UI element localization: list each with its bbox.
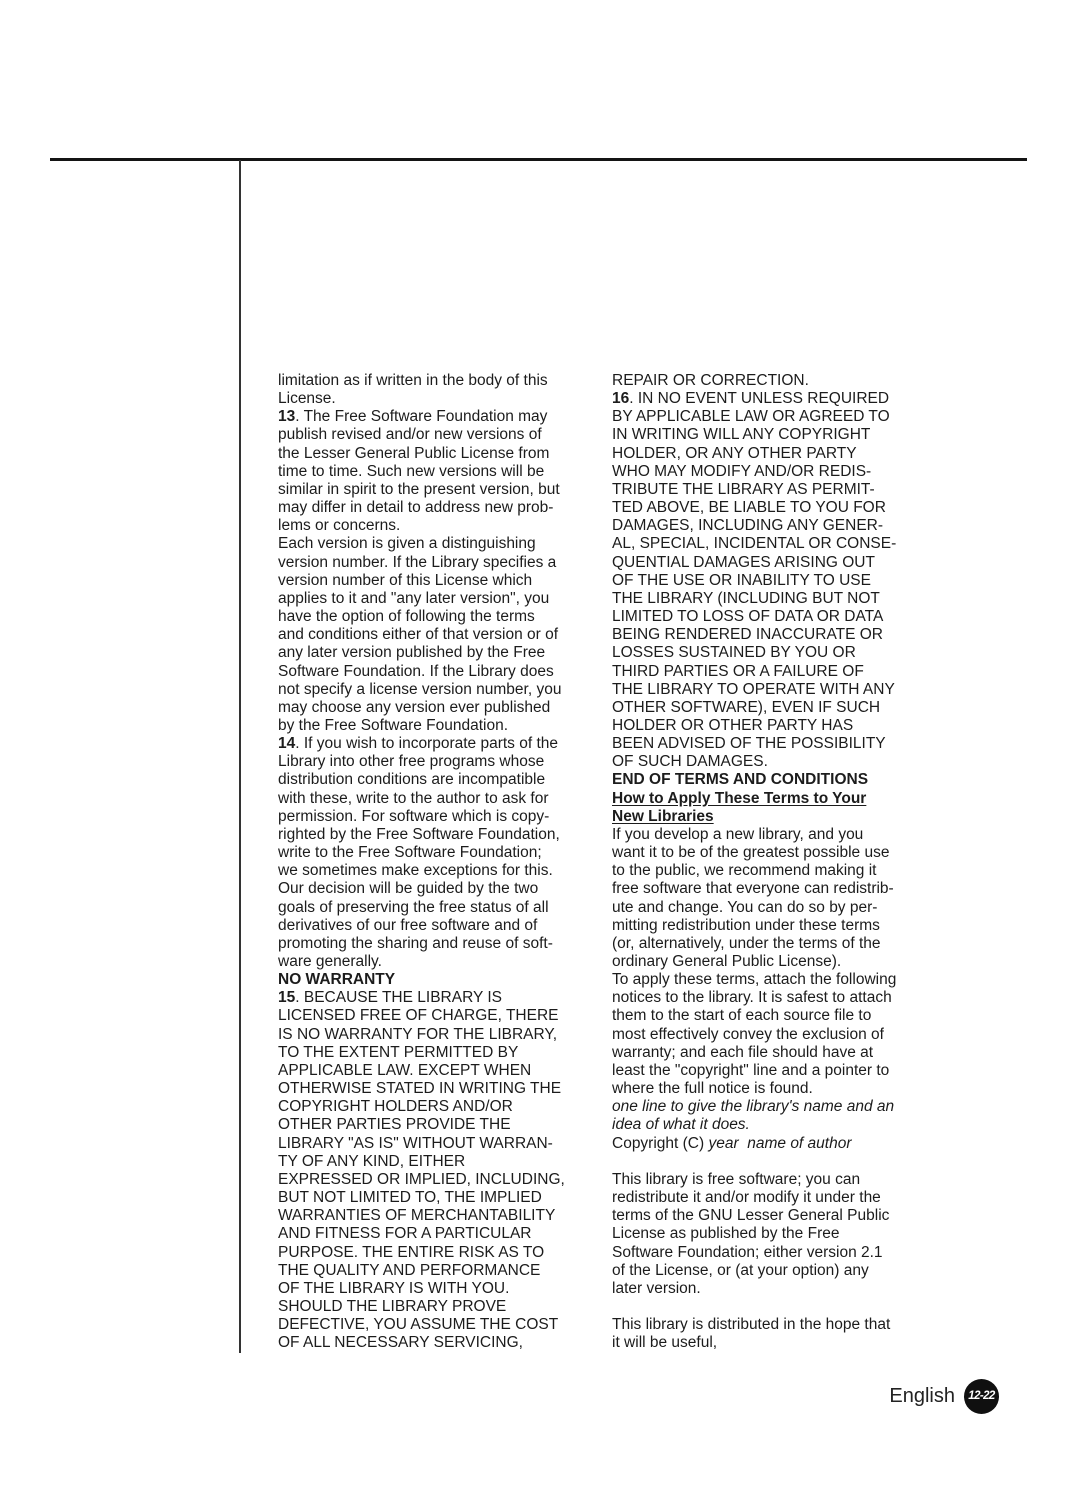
text-line: END OF TERMS AND CONDITIONS xyxy=(612,771,957,789)
text-line: ordinary General Public License). xyxy=(612,953,957,971)
text-line: righted by the Free Software Foundation, xyxy=(278,826,600,844)
text-line: publish revised and/or new versions of xyxy=(278,426,600,444)
text-line: Software Foundation. If the Library does xyxy=(278,663,600,681)
text-line: DEFECTIVE, YOU ASSUME THE COST xyxy=(278,1316,600,1334)
text-line: EXPRESSED OR IMPLIED, INCLUDING, xyxy=(278,1171,600,1189)
text-line: AND FITNESS FOR A PARTICULAR xyxy=(278,1225,600,1243)
text-line: ute and change. You can do so by per- xyxy=(612,899,957,917)
text-line: time to time. Such new versions will be xyxy=(278,463,600,481)
text-line: ware generally. xyxy=(278,953,600,971)
text-line: by the Free Software Foundation. xyxy=(278,717,600,735)
text-line: REPAIR OR CORRECTION. xyxy=(612,372,957,390)
top-horizontal-rule xyxy=(50,158,1027,161)
text-line: one line to give the library's name and … xyxy=(612,1098,957,1116)
text-line: goals of preserving the free status of a… xyxy=(278,899,600,917)
text-line: BUT NOT LIMITED TO, THE IMPLIED xyxy=(278,1189,600,1207)
text-line: promoting the sharing and reuse of soft- xyxy=(278,935,600,953)
text-line: License. xyxy=(278,390,600,408)
text-line: OF ALL NECESSARY SERVICING, xyxy=(278,1334,600,1352)
text-line: BEING RENDERED INACCURATE OR xyxy=(612,626,957,644)
text-line: HOLDER OR OTHER PARTY HAS xyxy=(612,717,957,735)
text-line: later version. xyxy=(612,1280,957,1298)
text-line: WHO MAY MODIFY AND/OR REDIS- xyxy=(612,463,957,481)
text-line: 15. BECAUSE THE LIBRARY IS xyxy=(278,989,600,1007)
text-line: OTHER SOFTWARE), EVEN IF SUCH xyxy=(612,699,957,717)
text-line: any later version published by the Free xyxy=(278,644,600,662)
text-line: similar in spirit to the present version… xyxy=(278,481,600,499)
text-line: redistribute it and/or modify it under t… xyxy=(612,1189,957,1207)
text-line: HOLDER, OR ANY OTHER PARTY xyxy=(612,445,957,463)
text-line: TO THE EXTENT PERMITTED BY xyxy=(278,1044,600,1062)
text-line: TRIBUTE THE LIBRARY AS PERMIT- xyxy=(612,481,957,499)
text-line: IS NO WARRANTY FOR THE LIBRARY, xyxy=(278,1026,600,1044)
text-line: warranty; and each file should have at xyxy=(612,1044,957,1062)
text-line: OF THE USE OR INABILITY TO USE xyxy=(612,572,957,590)
text-line: BY APPLICABLE LAW OR AGREED TO xyxy=(612,408,957,426)
text-line: LICENSED FREE OF CHARGE, THERE xyxy=(278,1007,600,1025)
text-line: THE QUALITY AND PERFORMANCE xyxy=(278,1262,600,1280)
text-line: LIBRARY "AS IS" WITHOUT WARRAN- xyxy=(278,1135,600,1153)
text-line: the Lesser General Public License from xyxy=(278,445,600,463)
text-line: How to Apply These Terms to Your xyxy=(612,790,957,808)
text-line: not specify a license version number, yo… xyxy=(278,681,600,699)
text-line: THIRD PARTIES OR A FAILURE OF xyxy=(612,663,957,681)
text-line: distribution conditions are incompatible xyxy=(278,771,600,789)
text-line: version number. If the Library specifies… xyxy=(278,554,600,572)
text-line: them to the start of each source file to xyxy=(612,1007,957,1025)
text-line: WARRANTIES OF MERCHANTABILITY xyxy=(278,1207,600,1225)
text-line: To apply these terms, attach the followi… xyxy=(612,971,957,989)
text-line: TED ABOVE, BE LIABLE TO YOU FOR xyxy=(612,499,957,517)
text-line: LOSSES SUSTAINED BY YOU OR xyxy=(612,644,957,662)
text-line: DAMAGES, INCLUDING ANY GENER- xyxy=(612,517,957,535)
text-line: mitting redistribution under these terms xyxy=(612,917,957,935)
text-line: and conditions either of that version or… xyxy=(278,626,600,644)
text-line: with these, write to the author to ask f… xyxy=(278,790,600,808)
text-line: want it to be of the greatest possible u… xyxy=(612,844,957,862)
text-line: Library into other free programs whose xyxy=(278,753,600,771)
text-line: permission. For software which is copy- xyxy=(278,808,600,826)
text-line: If you develop a new library, and you xyxy=(612,826,957,844)
text-line: QUENTIAL DAMAGES ARISING OUT xyxy=(612,554,957,572)
text-line: of the License, or (at your option) any xyxy=(612,1262,957,1280)
text-line: 16. IN NO EVENT UNLESS REQUIRED xyxy=(612,390,957,408)
text-line: lems or concerns. xyxy=(278,517,600,535)
text-line: notices to the library. It is safest to … xyxy=(612,989,957,1007)
text-line: APPLICABLE LAW. EXCEPT WHEN xyxy=(278,1062,600,1080)
text-line: LIMITED TO LOSS OF DATA OR DATA xyxy=(612,608,957,626)
text-line: TY OF ANY KIND, EITHER xyxy=(278,1153,600,1171)
text-line: THE LIBRARY (INCLUDING BUT NOT xyxy=(612,590,957,608)
text-line: License as published by the Free xyxy=(612,1225,957,1243)
page-number-badge: 12-22 xyxy=(964,1379,999,1414)
text-line: most effectively convey the exclusion of xyxy=(612,1026,957,1044)
text-line: OF THE LIBRARY IS WITH YOU. xyxy=(278,1280,600,1298)
text-line: to the public, we recommend making it xyxy=(612,862,957,880)
text-line: terms of the GNU Lesser General Public xyxy=(612,1207,957,1225)
text-line: version number of this License which xyxy=(278,572,600,590)
text-line: free software that everyone can redistri… xyxy=(612,880,957,898)
text-line: where the full notice is found. xyxy=(612,1080,957,1098)
text-line: idea of what it does. xyxy=(612,1116,957,1134)
text-line: IN WRITING WILL ANY COPYRIGHT xyxy=(612,426,957,444)
text-line xyxy=(612,1153,957,1171)
text-line: NO WARRANTY xyxy=(278,971,600,989)
page-footer: English 12-22 xyxy=(889,1378,999,1414)
text-line: may differ in detail to address new prob… xyxy=(278,499,600,517)
text-line: AL, SPECIAL, INCIDENTAL OR CONSE- xyxy=(612,535,957,553)
text-line: OTHER PARTIES PROVIDE THE xyxy=(278,1116,600,1134)
text-line: it will be useful, xyxy=(612,1334,957,1352)
text-line: have the option of following the terms xyxy=(278,608,600,626)
language-label: English xyxy=(889,1385,955,1408)
text-line: PURPOSE. THE ENTIRE RISK AS TO xyxy=(278,1244,600,1262)
text-line: 13. The Free Software Foundation may xyxy=(278,408,600,426)
text-line: derivatives of our free software and of xyxy=(278,917,600,935)
text-line: This library is free software; you can xyxy=(612,1171,957,1189)
text-line: least the "copyright" line and a pointer… xyxy=(612,1062,957,1080)
text-line: write to the Free Software Foundation; xyxy=(278,844,600,862)
text-line: OTHERWISE STATED IN WRITING THE xyxy=(278,1080,600,1098)
text-line: This library is distributed in the hope … xyxy=(612,1316,957,1334)
text-line: THE LIBRARY TO OPERATE WITH ANY xyxy=(612,681,957,699)
text-line: OF SUCH DAMAGES. xyxy=(612,753,957,771)
text-line: we sometimes make exceptions for this. xyxy=(278,862,600,880)
text-line: Our decision will be guided by the two xyxy=(278,880,600,898)
text-line: limitation as if written in the body of … xyxy=(278,372,600,390)
text-line: applies to it and "any later version", y… xyxy=(278,590,600,608)
license-text-column-left: limitation as if written in the body of … xyxy=(278,372,600,1352)
text-line: 14. If you wish to incorporate parts of … xyxy=(278,735,600,753)
text-line: (or, alternatively, under the terms of t… xyxy=(612,935,957,953)
text-line: Copyright (C) year name of author xyxy=(612,1135,957,1153)
text-line: Software Foundation; either version 2.1 xyxy=(612,1244,957,1262)
text-line xyxy=(612,1298,957,1316)
left-vertical-rule xyxy=(239,160,241,1353)
text-line: Each version is given a distinguishing xyxy=(278,535,600,553)
text-line: BEEN ADVISED OF THE POSSIBILITY xyxy=(612,735,957,753)
text-line: COPYRIGHT HOLDERS AND/OR xyxy=(278,1098,600,1116)
text-line: may choose any version ever published xyxy=(278,699,600,717)
text-line: SHOULD THE LIBRARY PROVE xyxy=(278,1298,600,1316)
license-text-column-right: REPAIR OR CORRECTION.16. IN NO EVENT UNL… xyxy=(612,372,957,1352)
text-line: New Libraries xyxy=(612,808,957,826)
